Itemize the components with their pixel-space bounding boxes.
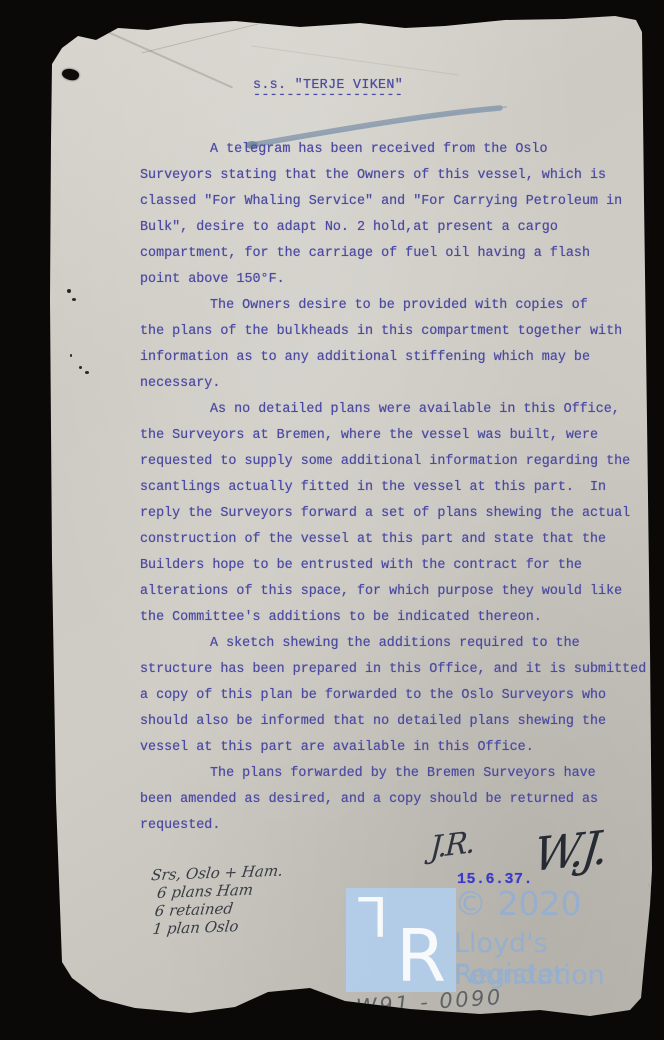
watermark-foundation: Foundation — [454, 960, 605, 991]
paper-crease — [142, 23, 259, 53]
paragraph: The Owners desire to be provided with co… — [140, 298, 656, 402]
signature-jr: J.R. — [429, 825, 474, 866]
handwritten-note: Srs, Oslo + Ham. 6 plans Ham 6 retained … — [144, 862, 284, 939]
typed-line: reply the Surveyors forward a set of pla… — [140, 506, 656, 532]
scan-background: s.s. "TERJE VIKEN" ------------------ A … — [0, 0, 664, 1040]
lr-logo-letter-r: R — [396, 920, 446, 992]
typed-line: A telegram has been received from the Os… — [140, 142, 656, 168]
ink-speck — [67, 289, 71, 293]
typed-line: information as to any additional stiffen… — [140, 350, 656, 376]
paper-hole — [61, 67, 81, 83]
paper-crease — [251, 45, 459, 75]
typed-line: the Committee's additions to be indicate… — [140, 610, 656, 636]
typed-line: compartment, for the carriage of fuel oi… — [140, 246, 656, 272]
typed-line: should also be informed that no detailed… — [140, 714, 656, 740]
ink-speck — [70, 354, 72, 357]
paragraph: A sketch shewing the additions required … — [140, 636, 656, 766]
typed-line: the Surveyors at Bremen, where the vesse… — [140, 428, 656, 454]
title-underline: ------------------ — [253, 88, 403, 103]
typed-line: alterations of this space, for which pur… — [140, 584, 656, 610]
ink-speck — [85, 371, 89, 374]
typed-line: point above 150°F. — [140, 272, 656, 298]
ink-speck — [72, 298, 76, 301]
typed-line: structure has been prepared in this Offi… — [140, 662, 656, 688]
typed-line: vessel at this part are available in thi… — [140, 740, 656, 766]
ink-speck — [79, 366, 82, 369]
lr-logo: L R — [346, 888, 456, 992]
typed-line: classed "For Whaling Service" and "For C… — [140, 194, 656, 220]
typed-line: The Owners desire to be provided with co… — [140, 298, 656, 324]
handwritten-note-line: 1 plan Oslo — [144, 916, 278, 939]
signature-wj: W.J. — [531, 820, 608, 882]
typed-line: As no detailed plans were available in t… — [140, 402, 656, 428]
typed-line: construction of the vessel at this part … — [140, 532, 656, 558]
typed-line: A sketch shewing the additions required … — [140, 636, 656, 662]
document-body: A telegram has been received from the Os… — [140, 142, 656, 844]
lr-logo-letter-l: L — [358, 888, 388, 942]
typed-line: the plans of the bulkheads in this compa… — [140, 324, 656, 350]
typed-line: Builders hope to be entrusted with the c… — [140, 558, 656, 584]
paper-crease — [77, 18, 233, 89]
watermark-copyright: © 2020 — [454, 884, 581, 923]
typed-line: Bulk", desire to adapt No. 2 hold,at pre… — [140, 220, 656, 246]
typed-line: scantlings actually fitted in the vessel… — [140, 480, 656, 506]
typed-line: The plans forwarded by the Bremen Survey… — [140, 766, 656, 792]
typed-line: a copy of this plan be forwarded to the … — [140, 688, 656, 714]
paragraph: As no detailed plans were available in t… — [140, 402, 656, 636]
paragraph: A telegram has been received from the Os… — [140, 142, 656, 298]
typed-line: necessary. — [140, 376, 656, 402]
typed-line: Surveyors stating that the Owners of thi… — [140, 168, 656, 194]
typed-line: requested to supply some additional info… — [140, 454, 656, 480]
typed-line: been amended as desired, and a copy shou… — [140, 792, 656, 818]
